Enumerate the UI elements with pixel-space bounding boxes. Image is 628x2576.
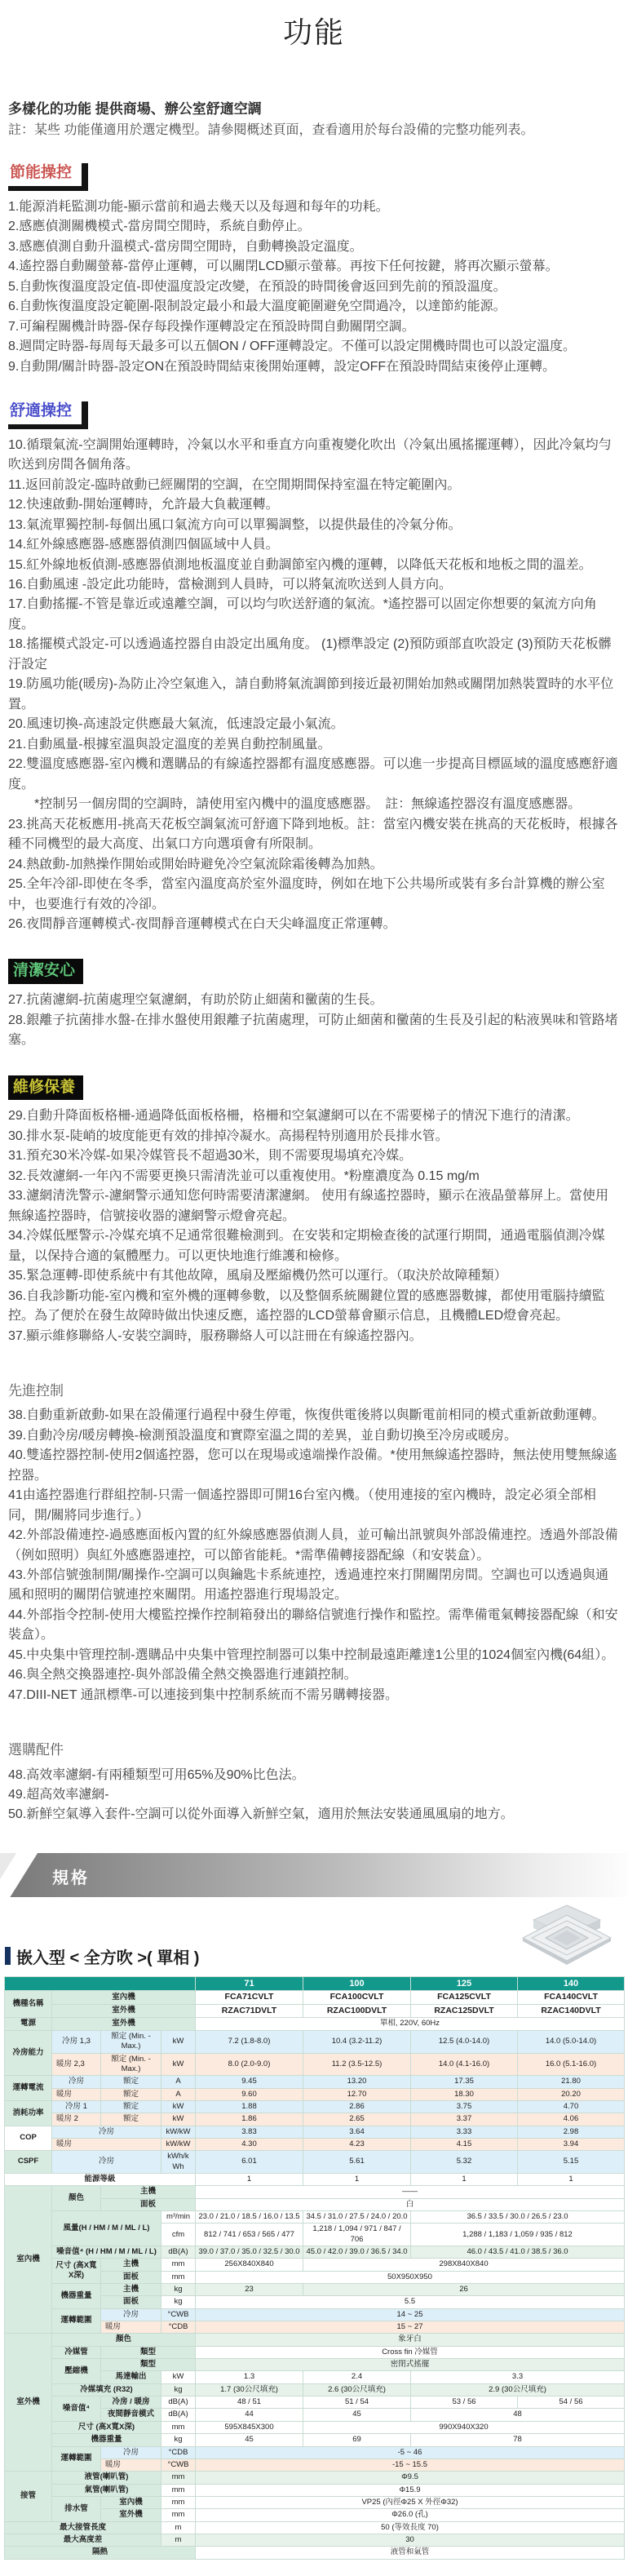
spec-cell: 4.30: [196, 2138, 303, 2150]
spec-cell: 暖房: [101, 2321, 161, 2334]
feature-item: 44.外部指令控制-使用大樓監控操作控制箱發出的聯絡信號進行操作和監控。需準備電…: [8, 1606, 620, 1646]
feature-item: 21.自動風量-根據室溫與設定溫度的差異自動控制風量。: [8, 735, 620, 755]
spec-row: 能源等級1111: [5, 2173, 625, 2185]
spec-cell: 密閉式搖擺: [196, 2359, 625, 2371]
spec-cell: 23.0 / 21.0 / 18.5 / 16.0 / 13.5: [196, 2210, 303, 2223]
spec-cell: 1: [518, 2173, 625, 2185]
spec-row: 暖房 2,3額定 (Min. - Max.)kW8.0 (2.0-9.0)11.…: [5, 2053, 625, 2076]
page: 功能 多樣化的功能 提供商場、辦公室舒適空調 註：某些 功能僅適用於選定機型。請…: [0, 10, 628, 2560]
feature-item: 43.外部信號強制開/關操作-空調可以與鑰匙卡系統連控，透過連控來打開關閉房間。…: [8, 1566, 620, 1606]
feature-item: 31.預充30米冷媒-如果冷媒管長不超過30米，則不需要現場填充冷媒。: [8, 1146, 620, 1166]
spec-row: 最大高度差m30: [5, 2534, 625, 2546]
feature-item: 37.顯示維修聯絡人-安裝空調時，服務聯絡人可以註冊在有線遙控器內。: [8, 1327, 620, 1346]
spec-cell: 30: [196, 2534, 625, 2546]
spec-cell: 36.5 / 33.5 / 30.0 / 26.5 / 23.0: [411, 2210, 625, 2223]
spec-cell: 5.15: [518, 2151, 625, 2174]
spec-row: 運轉電流冷房額定A9.4513.2017.3521.80: [5, 2076, 625, 2088]
spec-cell: 18.30: [411, 2088, 518, 2100]
feature-item: 17.自動搖擺-不管是靠近或遠離空調，可以均勻吹送舒適的氣流。*遙控器可以固定你…: [8, 595, 620, 635]
feature-item: 23.挑高天花板應用-挑高天花板空調氣流可舒適下降到地板。註：當室內機安裝在挑高…: [8, 815, 620, 855]
section-items: 29.自動升降面板格柵-通過降低面板格柵，格柵和空氣濾網可以在不需要梯子的情況下…: [8, 1106, 620, 1346]
feature-item: 38.自動重新啟動-如果在設備運行過程中發生停電，恢復供電後將以與斷電前相同的模…: [8, 1406, 620, 1425]
spec-cell: 4.23: [303, 2138, 411, 2150]
feature-item: 11.返回前設定-臨時啟動已經關閉的空調，在空閒期間保持室溫在特定範圍內。: [8, 476, 620, 495]
feature-item: *控制另一個房間的空調時，請使用室內機中的溫度感應器。 註：無線遙控器沒有溫度感…: [8, 795, 620, 814]
feature-item: 20.風速切換-高速設定供應最大氣流，低速設定最小氣流。: [8, 715, 620, 734]
spec-cell: ——: [196, 2186, 625, 2198]
section-items: 1.能源消耗監測功能-顯示當前和過去幾天以及每週和每年的功耗。2.感應偵測關機模…: [8, 197, 620, 377]
spec-cell: 14 ~ 25: [196, 2308, 625, 2321]
spec-row: CSPF冷房kWh/kWh6.015.615.325.15: [5, 2151, 625, 2174]
section-maintenance: 維修保養29.自動升降面板格柵-通過降低面板格柵，格柵和空氣濾網可以在不需要梯子…: [8, 1075, 620, 1346]
feature-item: 4.遙控器自動關螢幕-當停止運轉，可以關閉LCD顯示螢幕。再按下任何按鍵，將再次…: [8, 257, 620, 277]
spec-heading-row: 嵌入型 < 全方吹 >( 單相 ): [5, 1944, 620, 1968]
feature-item: 3.感應偵測自動升溫模式-當房間空閒時，自動轉換設定溫度。: [8, 237, 620, 257]
spec-cell: 面板: [101, 2271, 161, 2283]
spec-cell: 12.5 (4.0-14.0): [411, 2030, 518, 2053]
spec-cell: 15 ~ 27: [196, 2321, 625, 2334]
spec-cell: A: [161, 2076, 196, 2088]
section-items: 10.循環氣流-空調開始運轉時，冷氣以水平和垂直方向重複變化吹出（冷氣出風搖擺運…: [8, 436, 620, 935]
feature-item: 10.循環氣流-空調開始運轉時，冷氣以水平和垂直方向重複變化吹出（冷氣出風搖擺運…: [8, 436, 620, 476]
spec-cell: 馬達輸出: [101, 2371, 161, 2383]
spec-cell: 13.20: [303, 2076, 411, 2088]
spec-cell: 冷房: [52, 2126, 161, 2138]
spec-cell: 23: [196, 2284, 303, 2296]
spec-row: 冷房能力冷房 1,3額定 (Min. - Max.)kW7.2 (1.8-8.0…: [5, 2030, 625, 2053]
spec-cell: °CDB: [161, 2321, 196, 2334]
spec-cell: Φ15.9: [196, 2484, 625, 2496]
spec-cell: 室內機: [5, 2186, 52, 2334]
feature-item: 47.DIII-NET 通訊標準-可以連接到集中控制系統而不需另購轉接器。: [8, 1686, 620, 1705]
feature-item: 22.雙溫度感應器-室內機和選購品的有線遙控器都有溫度感應器。可以進一步提高目標…: [8, 755, 620, 795]
spec-cell: 39.0 / 37.0 / 35.0 / 32.5 / 30.0: [196, 2246, 303, 2259]
spec-cell: 室外機: [52, 2004, 196, 2018]
feature-item: 41由遙控器進行群組控制-只需一個遙控器即可開16台室內機。（使用連接的室內機時…: [8, 1486, 620, 1526]
spec-cell: 3.83: [196, 2126, 303, 2138]
spec-cell: 2.9 (30公尺填充): [411, 2383, 625, 2396]
spec-cell: 排水管: [52, 2496, 101, 2521]
spec-cell: VP25 (內徑Φ25 X 外徑Φ32): [196, 2496, 625, 2508]
feature-item: 5.自動恢復溫度設定值-即使溫度設定改變，在預設的時間後會返回到先前的預設溫度。: [8, 277, 620, 297]
spec-row: 最大接管長度m50 (等效長度 70): [5, 2521, 625, 2534]
spec-cell: RZAC71DVLT: [196, 2004, 303, 2018]
feature-item: 14.紅外線感應器-感應器偵測四個區域中人員。: [8, 535, 620, 555]
spec-cell: kg: [161, 2383, 196, 2396]
spec-cell: RZAC100DVLT: [303, 2004, 411, 2018]
spec-cell: 990X940X320: [303, 2421, 625, 2433]
spec-cell: mm: [161, 2472, 196, 2484]
spec-cell: 2.4: [303, 2371, 411, 2383]
spec-cell: 11.2 (3.5-12.5): [303, 2053, 411, 2076]
section-heading-advanced: 先進控制: [8, 1382, 64, 1399]
spec-cell: 電源: [5, 2018, 52, 2030]
spec-cell: Φ9.5: [196, 2472, 625, 2484]
feature-item: 24.熱啟動-加熱操作開始或開始時避免冷空氣流除霜後轉為加熱。: [8, 855, 620, 875]
spec-cell: 暖房 2,3: [52, 2053, 101, 2076]
heading-bar-decoration: [5, 1947, 11, 1965]
spec-row: 接管液管(喇叭管)mmΦ9.5: [5, 2472, 625, 2484]
spec-table: 71100125140機種名稱室內機FCA71CVLTFCA100CVLTFCA…: [4, 1976, 625, 2560]
spec-cell: 34.5 / 31.0 / 27.5 / 24.0 / 20.0: [303, 2210, 411, 2223]
spec-cell: 4.15: [411, 2138, 518, 2150]
spec-cell: FCA71CVLT: [196, 1991, 303, 2005]
spec-cell: 21.80: [518, 2076, 625, 2088]
spec-cell: RZAC140DVLT: [518, 2004, 625, 2018]
ceiling-cassette-unit-image: [515, 1902, 618, 1980]
spec-cell: RZAC125DVLT: [411, 2004, 518, 2018]
spec-cell: 額定 (Min. - Max.): [101, 2030, 161, 2053]
spec-cell: 5.5: [196, 2296, 625, 2308]
spec-cell: mm: [161, 2259, 196, 2271]
spec-cell: 單相, 220V, 60Hz: [196, 2018, 625, 2030]
spec-cell: 9.45: [196, 2076, 303, 2088]
spec-cell: kg: [161, 2434, 196, 2446]
spec-cell: kW: [161, 2113, 196, 2126]
spec-cell: 室外機: [52, 2018, 196, 2030]
feature-item: 42.外部設備連控-過感應面板內置的紅外線感應器偵測人員，並可輸出訊號與外部設備…: [8, 1526, 620, 1566]
spec-cell: cfm: [161, 2224, 196, 2246]
spec-cell: 額定: [101, 2113, 161, 2126]
spec-cell: kW: [161, 2100, 196, 2113]
spec-cell: 運轉電流: [5, 2076, 52, 2101]
spec-cell: 噪音值⁴ (H / HM / M / ML / L): [52, 2246, 161, 2259]
spec-row: 室外機RZAC71DVLTRZAC100DVLTRZAC125DVLTRZAC1…: [5, 2004, 625, 2018]
spec-row: 機器重量主機kg2326: [5, 2284, 625, 2296]
spec-cell: 額定: [101, 2100, 161, 2113]
spec-cell: 5.32: [411, 2151, 518, 2174]
spec-cell: 能源等級: [5, 2173, 196, 2185]
spec-cell: 1: [411, 2173, 518, 2185]
spec-cell: 接管: [5, 2472, 52, 2521]
spec-cell: 14.0 (5.0-14.0): [518, 2030, 625, 2053]
spec-cell: 類型: [101, 2359, 196, 2371]
spec-cell: 50X950X950: [196, 2271, 625, 2283]
spec-cell: 3.64: [303, 2126, 411, 2138]
spec-cell: mm: [161, 2496, 196, 2508]
spec-cell: 顏色: [52, 2186, 101, 2211]
spec-cell: 機器重量: [52, 2434, 161, 2446]
spec-cell: 17.35: [411, 2076, 518, 2088]
feature-item: 46.與全熱交換器連控-與外部設備全熱交換器進行連鎖控制。: [8, 1665, 620, 1685]
spec-cell: 100: [303, 1976, 411, 1990]
spec-cell: 額定: [101, 2076, 161, 2088]
spec-cell: -5 ~ 46: [196, 2446, 625, 2459]
feature-item: 32.長效濾網-一年內不需要更換只需清洗並可以重複使用。*粉塵濃度為 0.15 …: [8, 1167, 620, 1186]
spec-cell: 消耗功率: [5, 2100, 52, 2126]
spec-cell: 3.75: [411, 2100, 518, 2113]
spec-cell: 尺寸 (高X寬X深): [52, 2259, 101, 2284]
spec-cell: 冷房: [52, 2076, 101, 2088]
spec-cell: 最大高度差: [5, 2534, 161, 2546]
spec-cell: 室內機: [101, 2496, 161, 2508]
spec-cell: m³/min: [161, 2210, 196, 2223]
spec-cell: 2.65: [303, 2113, 411, 2126]
spec-cell: 1: [303, 2173, 411, 2185]
section-heading-clean: 清潔安心: [8, 959, 83, 984]
spec-cell: 45.0 / 42.0 / 39.0 / 36.5 / 34.0: [303, 2246, 411, 2259]
spec-row: 風量(H / HM / M / ML / L)m³/min23.0 / 21.0…: [5, 2210, 625, 2223]
section-heading-optional-accessories: 選購配件: [8, 1741, 64, 1758]
spec-cell: 類型: [101, 2346, 196, 2358]
feature-sections: 節能操控1.能源消耗監測功能-顯示當前和過去幾天以及每週和每年的功耗。2.感應偵…: [8, 163, 620, 1825]
intro-heading: 多樣化的功能 提供商場、辦公室舒適空調: [8, 97, 620, 117]
spec-cell: 最大接管長度: [5, 2521, 161, 2534]
spec-cell: 暖房: [52, 2138, 161, 2150]
spec-cell: kg: [161, 2296, 196, 2308]
spec-cell: 71: [196, 1976, 303, 1990]
spec-cell: 54 / 56: [518, 2396, 625, 2409]
spec-cell: Cross fin 冷媒管: [196, 2346, 625, 2358]
spec-cell: 3.94: [518, 2138, 625, 2150]
feature-item: 19.防風功能(暖房)-為防止冷空氣進入，請自動將氣流調節到接近最初開始加熱或關…: [8, 675, 620, 715]
spec-cell: 暖房: [101, 2459, 161, 2471]
feature-item: 50.新鮮空氣導入套件-空調可以從外面導入新鮮空氣，適用於無法安裝通風風扇的地方…: [8, 1805, 620, 1824]
spec-cell: 氣管(喇叭管): [52, 2484, 161, 2496]
spec-cell: 室內機: [52, 1991, 196, 2005]
spec-cell: Φ26.0 (孔): [196, 2509, 625, 2521]
spec-cell: 噪音值⁴: [52, 2396, 101, 2422]
spec-cell: CSPF: [5, 2151, 52, 2174]
spec-cell: kWh/kWh: [161, 2151, 196, 2174]
spec-cell: mm: [161, 2484, 196, 2496]
spec-cell: 夜間靜音模式: [101, 2409, 161, 2421]
spec-row: 室內機顏色主機——: [5, 2186, 625, 2198]
spec-row: 尺寸 (高X寬X深)主機mm256X840X840298X840X840: [5, 2259, 625, 2271]
section-energy-saving: 節能操控1.能源消耗監測功能-顯示當前和過去幾天以及每週和每年的功耗。2.感應偵…: [8, 163, 620, 377]
spec-row: 機器重量kg456978: [5, 2434, 625, 2446]
feature-item: 40.雙遙控器控制-使用2個遙控器，您可以在現場或遠端操作設備。*使用無線遙控器…: [8, 1446, 620, 1486]
spec-cell: 69: [303, 2434, 411, 2446]
spec-cell: 595X845X300: [196, 2421, 303, 2433]
spec-cell: 室外機: [101, 2509, 161, 2521]
spec-cell: kg: [161, 2284, 196, 2296]
feature-item: 2.感應偵測關機模式-當房間空閒時，系統自動停止。: [8, 217, 620, 237]
spec-cell: 125: [411, 1976, 518, 1990]
spec-cell: 14.0 (4.1-16.0): [411, 2053, 518, 2076]
feature-item: 25.全年冷卻-即使在冬季，當室內溫度高於室外溫度時，例如在地下公共場所或裝有多…: [8, 875, 620, 915]
spec-cell: kW: [161, 2053, 196, 2076]
spec-cell: 主機: [101, 2186, 196, 2198]
spec-cell: dB(A): [161, 2396, 196, 2409]
section-heading-energy-saving: 節能操控: [8, 163, 88, 191]
spec-cell: 壓縮機: [52, 2359, 101, 2384]
spec-cell: 53 / 56: [411, 2396, 518, 2409]
spec-cell: 機器重量: [52, 2284, 101, 2309]
spec-cell: 運轉範圍: [52, 2446, 101, 2472]
spec-cell: 暖房: [52, 2088, 101, 2100]
spec-cell: 8.0 (2.0-9.0): [196, 2053, 303, 2076]
spec-row: 隔熱液管和氣管: [5, 2547, 625, 2559]
spec-cell: 50 (等效長度 70): [196, 2521, 625, 2534]
spec-cell: °CWB: [161, 2459, 196, 2471]
spec-row: 消耗功率冷房 1額定kW1.882.863.754.70: [5, 2100, 625, 2113]
spec-cell: 44: [196, 2409, 303, 2421]
spec-cell: 5.61: [303, 2151, 411, 2174]
spec-cell: m: [161, 2534, 196, 2546]
spec-cell: FCA140CVLT: [518, 1991, 625, 2005]
feature-item: 36.自我診斷功能-室內機和室外機的運轉參數，以及整個系統關鍵位置的感應器數據，…: [8, 1287, 620, 1327]
spec-cell: 額定: [101, 2088, 161, 2100]
feature-item: 7.可編程關機計時器-保存每段操作運轉設定在預設時間自動關閉空調。: [8, 317, 620, 337]
spec-cell: 7.2 (1.8-8.0): [196, 2030, 303, 2053]
spec-row: 壓縮機類型密閉式搖擺: [5, 2359, 625, 2371]
feature-item: 13.氣流單獨控制-每個出風口氣流方向可以單獨調整，以提供最佳的冷氣分佈。: [8, 516, 620, 535]
spec-cell: 尺寸 (高X寬X深): [52, 2421, 161, 2433]
spec-cell: 12.70: [303, 2088, 411, 2100]
spec-cell: 46.0 / 43.5 / 41.0 / 38.5 / 36.0: [411, 2246, 625, 2259]
spec-cell: 1,288 / 1,183 / 1,059 / 935 / 812: [411, 2224, 625, 2246]
spec-row: 排水管室內機mmVP25 (內徑Φ25 X 外徑Φ32): [5, 2496, 625, 2508]
spec-row: 噪音值⁴ (H / HM / M / ML / L)dB(A)39.0 / 37…: [5, 2246, 625, 2259]
spec-cell: 1,218 / 1,094 / 971 / 847 / 706: [303, 2224, 411, 2246]
spec-cell: 冷媒填充 (R32): [52, 2383, 161, 2396]
spec-cell: kW/kW: [161, 2126, 196, 2138]
spec-cell: dB(A): [161, 2246, 196, 2259]
spec-cell: 1.86: [196, 2113, 303, 2126]
spec-cell: 1.7 (30公尺填充): [196, 2383, 303, 2396]
spec-cell: 液管(喇叭管): [52, 2472, 161, 2484]
spec-cell: 暖房 2: [52, 2113, 101, 2126]
spec-cell: 10.4 (3.2-11.2): [303, 2030, 411, 2053]
spec-cell: 2.6 (30公尺填充): [303, 2383, 411, 2396]
specs-banner-label: 規格: [52, 1864, 90, 1888]
spec-cell: 冷房: [52, 2151, 161, 2174]
feature-item: 49.超高效率濾網-: [8, 1785, 620, 1805]
feature-item: 28.銀離子抗菌排水盤-在排水盤使用銀離子抗菌處理，可防止細菌和黴菌的生長及引起…: [8, 1011, 620, 1051]
spec-cell: °CDB: [161, 2446, 196, 2459]
spec-row: 室外機顏色象牙白: [5, 2334, 625, 2346]
spec-cell: 2.98: [518, 2126, 625, 2138]
feature-item: 26.夜間靜音運轉模式-夜間靜音運轉模式在白天尖峰溫度正常運轉。: [8, 915, 620, 934]
spec-cell: 51 / 54: [303, 2396, 411, 2409]
spec-row: 運轉範圍冷房°CWB14 ~ 25: [5, 2308, 625, 2321]
feature-item: 8.週間定時器-每周每天最多可以五個ON / OFF運轉設定。不僅可以設定開機時…: [8, 337, 620, 357]
feature-item: 30.排水泵-陡峭的坡度能更有效的排掉冷凝水。高揚程特別適用於長排水管。: [8, 1127, 620, 1146]
spec-cell: mm: [161, 2509, 196, 2521]
spec-cell: 298X840X840: [303, 2259, 625, 2271]
feature-item: 12.快速啟動-開始運轉時，允許最大負載運轉。: [8, 495, 620, 515]
spec-cell: 3.33: [411, 2126, 518, 2138]
intro-note: 註：某些 功能僅適用於選定機型。請參閱概述頁面，查看適用於每台設備的完整功能列表…: [8, 121, 620, 140]
spec-cell: mm: [161, 2271, 196, 2283]
spec-row: 氣管(喇叭管)mmΦ15.9: [5, 2484, 625, 2496]
spec-row: 電源室外機單相, 220V, 60Hz: [5, 2018, 625, 2030]
spec-row: 暖房額定A9.6012.7018.3020.20: [5, 2088, 625, 2100]
spec-cell: 1: [196, 2173, 303, 2185]
feature-item: 16.自動風速 -設定此功能時，當檢測到人員時，可以將氣流吹送到人員方向。: [8, 575, 620, 595]
spec-cell: 主機: [101, 2284, 161, 2296]
spec-cell: 48: [411, 2409, 625, 2421]
specs-banner: 規格: [0, 1853, 628, 1897]
feature-item: 34.冷媒低壓警示-冷媒充填不足通常很難檢測到。在安裝和定期檢查後的試運行期間，…: [8, 1226, 620, 1266]
spec-row: 尺寸 (高X寬X深)mm595X845X300990X940X320: [5, 2421, 625, 2433]
spec-cell: 顏色: [52, 2334, 196, 2346]
spec-cell: 20.20: [518, 2088, 625, 2100]
spec-row: 機種名稱室內機FCA71CVLTFCA100CVLTFCA125CVLTFCA1…: [5, 1991, 625, 2005]
spec-cell: kW/kW: [161, 2138, 196, 2150]
spec-row: 冷媒填充 (R32)kg1.7 (30公尺填充)2.6 (30公尺填充)2.9 …: [5, 2383, 625, 2396]
spec-cell: 冷房: [101, 2308, 161, 2321]
spec-cell: A: [161, 2088, 196, 2100]
spec-cell: -15 ~ 15.5: [196, 2459, 625, 2471]
spec-cell: 2.86: [303, 2100, 411, 2113]
spec-cell: 風量(H / HM / M / ML / L): [52, 2210, 161, 2246]
feature-item: 48.高效率濾網-有兩種類型可用65%及90%比色法。: [8, 1766, 620, 1785]
spec-cell: 面板: [101, 2296, 161, 2308]
spec-row: 暖房 2額定kW1.862.653.374.06: [5, 2113, 625, 2126]
spec-row: 冷媒管類型Cross fin 冷媒管: [5, 2346, 625, 2358]
feature-item: 39.自動冷房/暖房轉換-檢測預設溫度和實際室溫之間的差異，並自動切換至冷房或暖…: [8, 1426, 620, 1446]
spec-cell: 1.3: [196, 2371, 303, 2383]
feature-item: 18.搖擺模式設定-可以透過遙控器自由設定出風角度。 (1)標準設定 (2)預防…: [8, 635, 620, 675]
spec-cell: 運轉範圍: [52, 2308, 101, 2334]
spec-cell: 象牙白: [196, 2334, 625, 2346]
spec-cell: [5, 1976, 196, 1990]
spec-cell: mm: [161, 2421, 196, 2433]
spec-cell: FCA100CVLT: [303, 1991, 411, 2005]
section-heading-maintenance: 維修保養: [8, 1075, 83, 1101]
spec-cell: 4.70: [518, 2100, 625, 2113]
spec-cell: kW: [161, 2371, 196, 2383]
spec-cell: 4.06: [518, 2113, 625, 2126]
spec-cell: 48 / 51: [196, 2396, 303, 2409]
spec-cell: 16.0 (5.1-16.0): [518, 2053, 625, 2076]
spec-cell: 冷房 / 暖房: [101, 2396, 161, 2409]
spec-cell: 機種名稱: [5, 1991, 52, 2018]
spec-cell: dB(A): [161, 2409, 196, 2421]
section-clean: 清潔安心27.抗菌濾網-抗菌處理空氣濾網，有助於防止細菌和黴菌的生長。28.銀離…: [8, 959, 620, 1050]
spec-cell: 冷房: [101, 2446, 161, 2459]
spec-cell: m: [161, 2521, 196, 2534]
spec-cell: 45: [196, 2434, 303, 2446]
spec-cell: 面板: [101, 2198, 196, 2210]
spec-row: 噪音值⁴冷房 / 暖房dB(A)48 / 5151 / 5453 / 5654 …: [5, 2396, 625, 2409]
section-items: 27.抗菌濾網-抗菌處理空氣濾網，有助於防止細菌和黴菌的生長。28.銀離子抗菌排…: [8, 991, 620, 1050]
section-optional-accessories: 選購配件48.高效率濾網-有兩種類型可用65%及90%比色法。49.超高效率濾網…: [8, 1730, 620, 1825]
spec-cell: 256X840X840: [196, 2259, 303, 2271]
spec-cell: 45: [303, 2409, 411, 2421]
spec-cell: 6.01: [196, 2151, 303, 2174]
section-items: 48.高效率濾網-有兩種類型可用65%及90%比色法。49.超高效率濾網-50.…: [8, 1766, 620, 1825]
page-title: 功能: [8, 10, 620, 51]
spec-cell: 冷房 1,3: [52, 2030, 101, 2053]
spec-cell: 冷房能力: [5, 2030, 52, 2075]
spec-cell: 冷房 1: [52, 2100, 101, 2113]
spec-cell: °CWB: [161, 2308, 196, 2321]
feature-item: 45.中央集中管理控制-選購品中央集中管理控制器可以集中控制最遠距離達1公里的1…: [8, 1646, 620, 1665]
section-items: 38.自動重新啟動-如果在設備運行過程中發生停電，恢復供電後將以與斷電前相同的模…: [8, 1406, 620, 1705]
spec-cell: 1.88: [196, 2100, 303, 2113]
spec-cell: 26: [303, 2284, 625, 2296]
spec-cell: 9.60: [196, 2088, 303, 2100]
feature-item: 35.緊急運轉-即使系統中有其他故障，風扇及壓縮機仍然可以運行。（取決於故障種類…: [8, 1266, 620, 1286]
spec-cell: 隔熱: [5, 2547, 196, 2559]
spec-row: 運轉範圍冷房°CDB-5 ~ 46: [5, 2446, 625, 2459]
section-advanced: 先進控制38.自動重新啟動-如果在設備運行過程中發生停電，恢復供電後將以與斷電前…: [8, 1371, 620, 1705]
feature-item: 9.自動開/關計時器-設定ON在預設時間結束後開始運轉，設定OFF在預設時間結束…: [8, 357, 620, 377]
feature-item: 29.自動升降面板格柵-通過降低面板格柵，格柵和空氣濾網可以在不需要梯子的情況下…: [8, 1106, 620, 1126]
section-comfort: 舒適操控10.循環氣流-空調開始運轉時，冷氣以水平和垂直方向重複變化吹出（冷氣出…: [8, 401, 620, 934]
spec-cell: 液管和氣管: [196, 2547, 625, 2559]
spec-cell: 3.37: [411, 2113, 518, 2126]
spec-cell: 812 / 741 / 653 / 565 / 477: [196, 2224, 303, 2246]
spec-cell: kW: [161, 2030, 196, 2053]
feature-item: 27.抗菌濾網-抗菌處理空氣濾網，有助於防止細菌和黴菌的生長。: [8, 991, 620, 1010]
spec-cell: FCA125CVLT: [411, 1991, 518, 2005]
spec-cell: 3.3: [411, 2371, 625, 2383]
product-heading-label: 嵌入型 < 全方吹 >( 單相 ): [16, 1944, 199, 1968]
